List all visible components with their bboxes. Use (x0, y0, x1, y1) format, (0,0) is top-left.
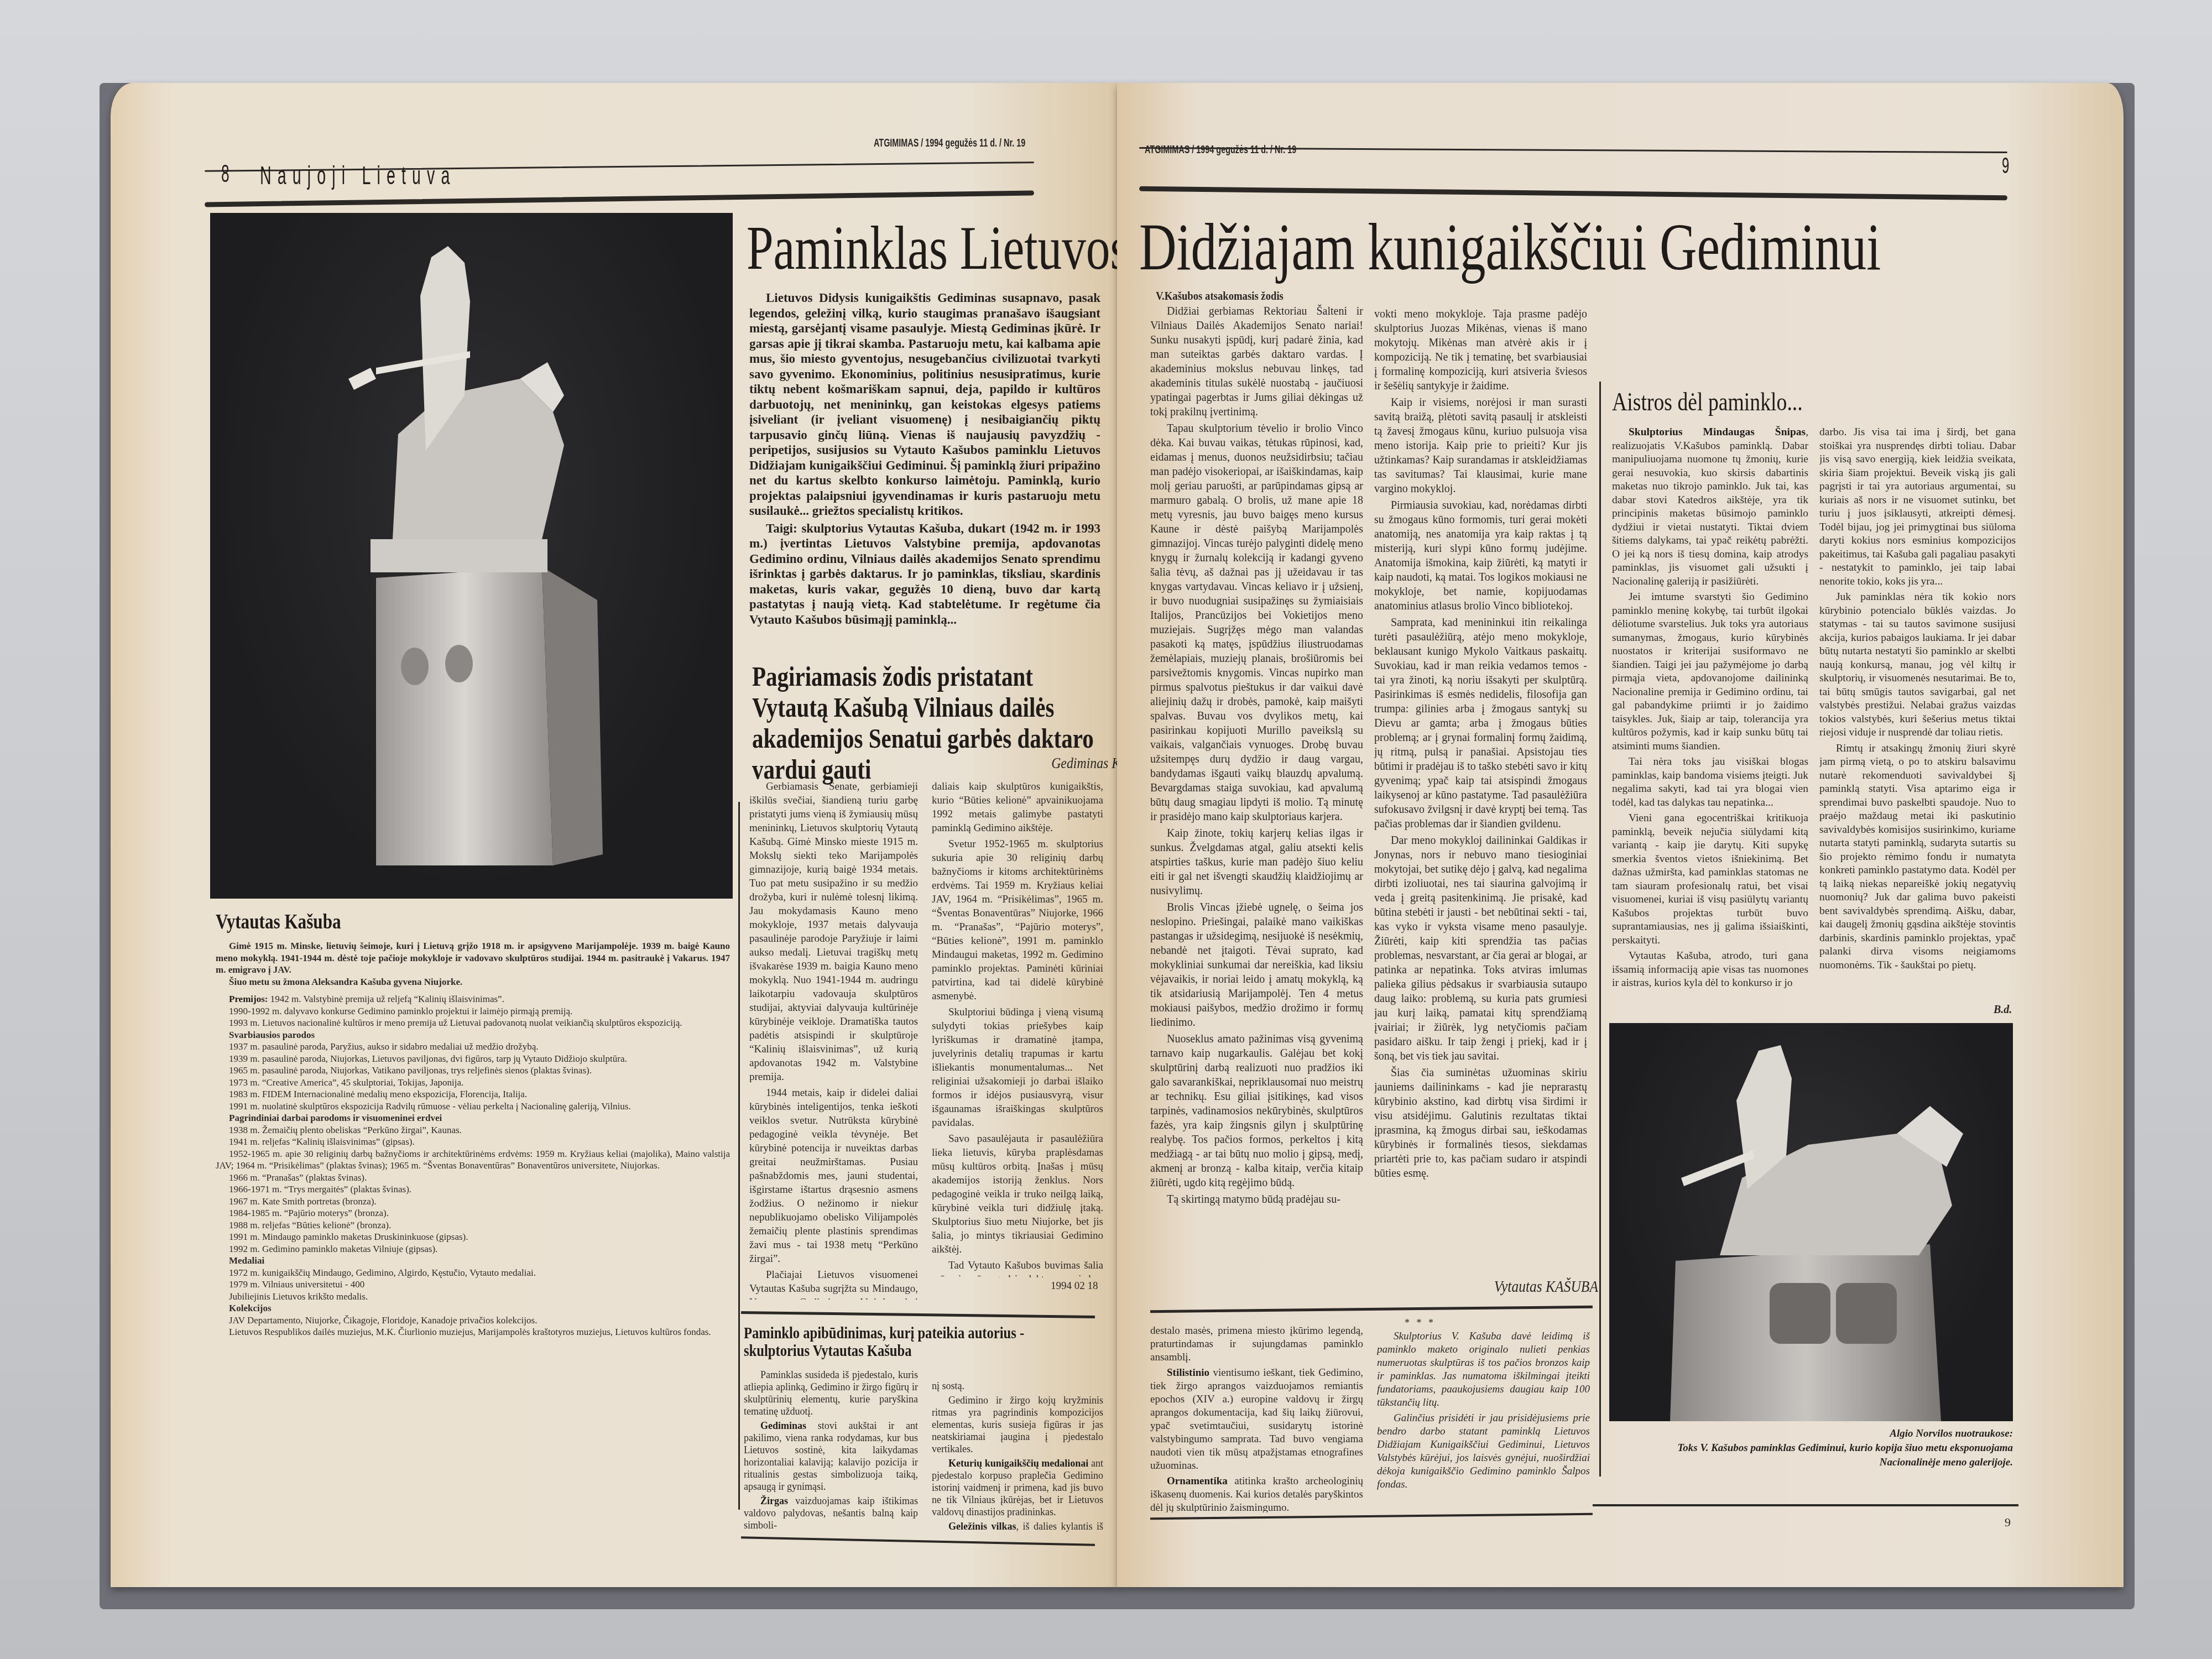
reply-paragraph: vokti meno mokykloje. Taja prasme padėjo… (1374, 307, 1587, 393)
byline-karalius: Gediminas KARALIUS (1003, 755, 1117, 773)
newspaper-spread: ATGIMIMAS / 1994 gegužės 11 d. / Nr. 19 … (100, 83, 2146, 1620)
statue-image (1609, 1023, 2013, 1421)
bio-collection: JAV Departamento, Niujorke, Čikagoje, Fl… (216, 1314, 730, 1327)
description-continued: destalo masės, primena miesto įkūrimo le… (1150, 1324, 1363, 1512)
left-page: ATGIMIMAS / 1994 gegužės 11 d. / Nr. 19 … (111, 83, 1117, 1587)
reply-paragraph: Kaip žinote, tokių karjerų kelias ilgas … (1150, 826, 1363, 898)
foundation-notice: Skulptorius V. Kašuba davė leidimą iš pa… (1377, 1330, 1590, 1512)
running-head: ATGIMIMAS / 1994 gegužės 11 d. / Nr. 19 (1145, 144, 1296, 156)
speech-paragraph: daliais kaip skulptūros kunigaikštis, ku… (932, 780, 1103, 835)
description-rule-top (741, 1311, 1095, 1318)
bio-works-label: Pagrindiniai darbai parodoms ir visuomen… (216, 1112, 730, 1124)
description-paragraph: destalo masės, primena miesto įkūrimo le… (1150, 1324, 1363, 1364)
speech-column-1: Gerbiamasis Senate, gerbiamieji iškilūs … (749, 780, 918, 1300)
sidebar-divider (1599, 382, 1601, 1477)
page-number: 8 (221, 160, 229, 188)
description-rule-bottom (741, 1536, 1095, 1546)
bio-medal: 1972 m. kunigaikščių Mindaugo, Gedimino,… (216, 1267, 730, 1279)
bio-award: 1993 m. Lietuvos nacionalinė kultūros ir… (216, 1017, 730, 1029)
speech-date: 1994 02 18 (1051, 1280, 1098, 1292)
photo-description: Toks V. Kašubos paminklas Gediminui, kur… (1615, 1441, 2013, 1470)
bio-exhibition: 1965 m. pasaulinė paroda, Niujorkas, Vat… (216, 1065, 730, 1077)
description-paragraph: Stilistinio vientisumo ieškant, tiek Ged… (1150, 1366, 1363, 1473)
bio-work: 1966 m. “Pranašas” (plaktas švinas). (216, 1172, 730, 1184)
notice-paragraph: Galinčius prisidėti ir jau prisidėjusiem… (1377, 1412, 1590, 1491)
sidebar-paragraph: Skulptorius Mindaugas Šnipas, realizuoja… (1612, 426, 1808, 588)
bio-awards-label: Premijos: (229, 994, 268, 1004)
bio-medal: Jubiliejinis Lietuvos krikšto medalis. (216, 1291, 730, 1303)
sidebar-title: Aistros dėl paminklo... (1612, 387, 1803, 416)
speech-paragraph: Savo pasaulėjauta ir pasaulėžiūra lieka … (932, 1132, 1103, 1256)
photo-credit: Algio Norvilos nuotraukose: (1615, 1427, 2013, 1441)
photo-caption: Algio Norvilos nuotraukose: Toks V. Kašu… (1615, 1427, 2013, 1470)
reply-column-1: Didžiai gerbiamas Rektoriau Šalteni ir V… (1150, 304, 1363, 1297)
sidebar-paragraph: Juk paminklas nėra tik kokio nors kūrybi… (1819, 591, 2016, 740)
reply-paragraph: Didžiai gerbiamas Rektoriau Šalteni ir V… (1150, 304, 1363, 419)
monument-photo (210, 213, 733, 899)
bio-medal: 1979 m. Vilniaus universitetui - 400 (216, 1279, 730, 1291)
speech-paragraph: Skulptoriui būdinga į vieną visumą sulyd… (932, 1005, 1103, 1130)
headline-paminklas: Paminklas Lietuvos (747, 213, 1117, 284)
reply-column-2: vokti meno mokykloje. Taja prasme padėjo… (1374, 307, 1587, 1291)
headline-didziajam: Didžiajam kunigaikščiui Gediminui (1139, 209, 1881, 285)
sidebar-paragraph: Tai nėra toks jau visiškai blogas pamink… (1612, 755, 1808, 810)
sidebar-signature: B.d. (1994, 1004, 2012, 1016)
description-paragraph: nį sostą. (932, 1380, 1103, 1392)
bio-work: 1967 m. Kate Smith portretas (bronza). (216, 1196, 730, 1208)
reply-paragraph: Samprata, kad menininkui itin reikalinga… (1374, 615, 1587, 831)
sidebar-column-2: darbo. Jis visa tai ima į širdį, bet gan… (1819, 426, 2016, 1012)
reply-paragraph: Tą skirtingą matymo būdą pradėjau su- (1150, 1192, 1363, 1207)
running-head: ATGIMIMAS / 1994 gegužės 11 d. / Nr. 19 (874, 137, 1025, 150)
lead-article: Lietuvos Didysis kunigaikštis Gediminas … (749, 290, 1100, 644)
header-rule-bottom (205, 191, 1034, 207)
speech-column-2: daliais kaip skulptūros kunigaikštis, ku… (932, 780, 1103, 1277)
statue-image (210, 213, 733, 899)
bio-title: Vytautas Kašuba (216, 910, 341, 934)
bio-exhibition: 1991 m. nuolatinė skulptūros ekspozicija… (216, 1100, 730, 1113)
page-rule-bottom-right (1593, 1504, 2018, 1506)
bio-work: 1984-1985 m. “Pajūrio moterys” (bronza). (216, 1207, 730, 1219)
bio-intro-2: Šiuo metu su žmona Aleksandra Kašuba gyv… (216, 976, 730, 988)
reply-paragraph: Brolis Vincas įžiebė ugnelę, o šeima jos… (1150, 900, 1363, 1030)
reply-paragraph: Nuoseklus amato pažinimas visą gyvenimą … (1150, 1032, 1363, 1190)
right-page: ATGIMIMAS / 1994 gegužės 11 d. / Nr. 19 … (1117, 83, 2124, 1587)
description-paragraph: Ornamentika atitinka krašto archeologini… (1150, 1475, 1363, 1512)
description-paragraph: Geležinis vilkas, iš dalies kylantis iš … (932, 1520, 1103, 1535)
bio-collection: Lietuvos Respublikos dailės muziejus, M.… (216, 1326, 730, 1338)
sidebar-paragraph: Rimtų ir atsakingų žmonių žiuri skyrė ja… (1819, 742, 2016, 973)
bio-exhibitions-label: Svarbiausios parodos (216, 1029, 730, 1041)
sidebar-paragraph: Vieni gana egocentriškai kritikuoja pami… (1612, 812, 1808, 947)
bio-award: 1942 m. Valstybinė premija už reljefą “K… (270, 994, 504, 1004)
bio-box: Gimė 1915 m. Minske, lietuvių šeimoje, k… (216, 940, 730, 1526)
sidebar-paragraph: Vytautas Kašuba, atrodo, turi gana išsam… (1612, 950, 1808, 990)
reply-paragraph: Dar meno mokykloj dailininkai Galdikas i… (1374, 833, 1587, 1063)
description-column-1: Paminklas susideda iš pjedestalo, kuris … (744, 1369, 918, 1535)
bio-intro: Gimė 1915 m. Minske, lietuvių šeimoje, k… (216, 940, 730, 976)
bio-medals-label: Medaliai (216, 1255, 730, 1267)
speech-paragraph: Tad Vytauto Kašubos buvimas šalia mūsų i… (932, 1259, 1103, 1277)
lead-paragraph: Lietuvos Didysis kunigaikštis Gediminas … (749, 290, 1100, 519)
reply-paragraph: Šias čia suminėtas užuominas skiriu jaun… (1374, 1066, 1587, 1181)
page-rule-bottom-left (1150, 1513, 1593, 1520)
bio-exhibition: 1937 m. pasaulinė paroda, Paryžius, auks… (216, 1041, 730, 1053)
description-paragraph: Paminklas susideda iš pjedestalo, kuris … (744, 1369, 918, 1417)
notice-stars: * * * (1405, 1317, 1436, 1329)
lead-paragraph: Taigi: skulptorius Vytautas Kašuba, duka… (749, 521, 1100, 628)
description-paragraph: Žirgas vaizduojamas kaip ištikimas valdo… (744, 1495, 918, 1531)
bio-work: 1988 m. reljefas “Būties kelionė” (bronz… (216, 1219, 730, 1232)
bio-work: 1952-1965 m. apie 30 religinių darbų baž… (216, 1148, 730, 1172)
speech-paragraph: 1944 metais, kaip ir didelei daliai kūry… (749, 1086, 918, 1266)
reply-signature: Vytautas KAŠUBA (1438, 1277, 1598, 1296)
bio-work: 1941 m. reljefas “Kalinių išlaisvinimas”… (216, 1136, 730, 1148)
description-paragraph: Gedimino ir žirgo kojų kryžminis ritmas … (932, 1394, 1103, 1455)
monument-photo-2 (1609, 1023, 2013, 1421)
bio-exhibition: 1983 m. FIDEM Internacionalinė medalių m… (216, 1088, 730, 1100)
bio-award: 1990-1992 m. dalyvavo konkurse Gedimino … (216, 1005, 730, 1018)
bio-work: 1966-1971 m. “Trys mergaitės” (plaktas š… (216, 1183, 730, 1196)
sidebar-paragraph: darbo. Jis visa tai ima į širdį, bet gan… (1819, 426, 2016, 588)
reply-paragraph: Pirmiausia suvokiau, kad, norėdamas dirb… (1374, 498, 1587, 613)
reply-rule-bottom (1150, 1306, 1593, 1313)
bio-exhibition: 1939 m. pasaulinė paroda, Niujorkas, Lie… (216, 1053, 730, 1065)
bio-work: 1991 m. Mindaugo paminklo maketas Druski… (216, 1231, 730, 1243)
description-paragraph: Gediminas stovi aukštai ir ant pakilimo,… (744, 1420, 918, 1493)
bio-work: 1938 m. Žemaičių plento obeliskas “Perkū… (216, 1124, 730, 1136)
reply-paragraph: Tapau skulptorium tėvelio ir brolio Vinc… (1150, 421, 1363, 824)
description-column-2: nį sostą. Gedimino ir žirgo kojų kryžmin… (932, 1380, 1103, 1535)
kicker: V.Kašubos atsakomasis žodis (1156, 289, 1284, 303)
page-number: 9 (2002, 154, 2009, 179)
sidebar-paragraph: Jei imtume svarstyti šio Gedimino pamink… (1612, 591, 1808, 753)
speech-paragraph: Svetur 1952-1965 m. skulptorius sukuria … (932, 837, 1103, 1003)
bio-work: 1992 m. Gedimino paminklo maketas Vilniu… (216, 1243, 730, 1255)
bio-collections-label: Kolekcijos (216, 1302, 730, 1314)
bio-exhibition: 1973 m. “Creative America”, 45 skulptori… (216, 1077, 730, 1089)
header-rule-bottom (1139, 186, 2007, 200)
footer-page-number: 9 (2005, 1515, 2011, 1530)
section-title: Naujoji Lietuva (260, 160, 456, 190)
column-divider (738, 802, 740, 1510)
speech-paragraph: Gerbiamasis Senate, gerbiamieji iškilūs … (749, 780, 918, 1084)
description-paragraph: Keturių kunigaikščių medalionai ant pjed… (932, 1457, 1103, 1518)
speech-paragraph: Plačiajai Lietuvos visuomenei Vytautas K… (749, 1268, 918, 1300)
description-title: Paminklo apibūdinimas, kurį pateikia aut… (744, 1324, 1088, 1360)
notice-paragraph: Skulptorius V. Kašuba davė leidimą iš pa… (1377, 1330, 1590, 1410)
sidebar-column-1: Skulptorius Mindaugas Šnipas, realizuoja… (1612, 426, 1808, 1012)
reply-paragraph: Kaip ir visiems, norėjosi ir man surasti… (1374, 395, 1587, 496)
